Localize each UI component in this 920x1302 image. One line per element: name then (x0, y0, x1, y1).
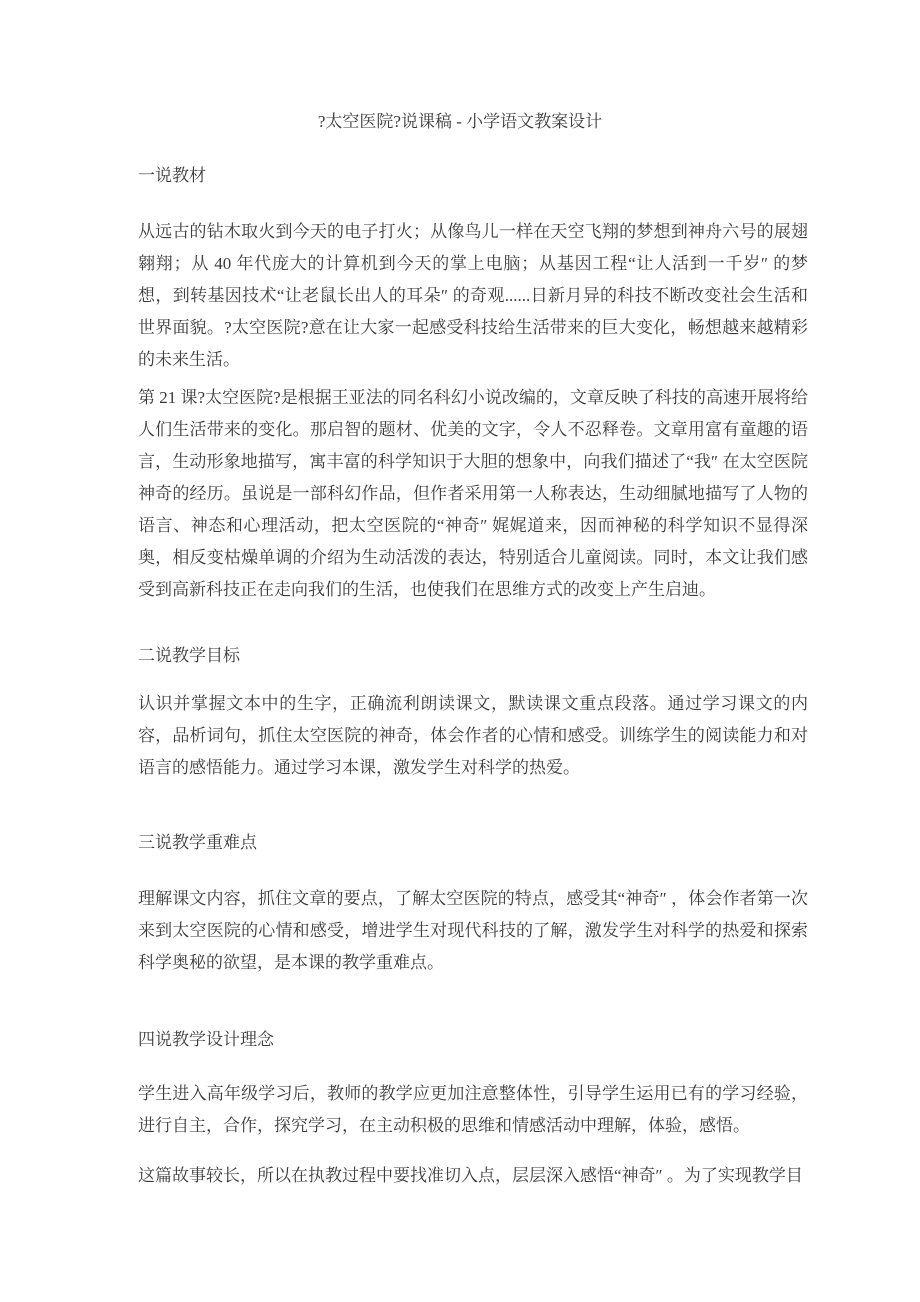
document-page: ?太空医院?说课稿 - 小学语文教案设计 一说教材 从远古的钻木取火到今天的电子… (0, 0, 920, 1302)
section-teaching-goals: 二说教学目标 认识并掌握文本中的生字，正确流利朗读课文，默读课文重点段落。通过学… (138, 640, 808, 784)
section-heading: 一说教材 (138, 160, 808, 192)
paragraph: 从远古的钻木取火到今天的电子打火；从像鸟儿一样在天空飞翔的梦想到神舟六号的展翅翱… (138, 216, 808, 376)
document-title: ?太空医院?说课稿 - 小学语文教案设计 (0, 0, 920, 138)
paragraph: 理解课文内容，抓住文章的要点，了解太空医院的特点，感受其“神奇″ ，体会作者第一… (138, 883, 808, 979)
section-key-difficult-points: 三说教学重难点 理解课文内容，抓住文章的要点，了解太空医院的特点，感受其“神奇″… (138, 827, 808, 979)
paragraph: 认识并掌握文本中的生字，正确流利朗读课文，默读课文重点段落。通过学习课文的内容，… (138, 688, 808, 784)
paragraph: 学生进入高年级学习后，教师的教学应更加注意整体性，引导学生运用已有的学习经验，进… (138, 1078, 808, 1142)
section-heading: 四说教学设计理念 (138, 1024, 808, 1056)
section-heading: 二说教学目标 (138, 640, 808, 672)
section-teaching-material: 一说教材 从远古的钻木取火到今天的电子打火；从像鸟儿一样在天空飞翔的梦想到神舟六… (138, 160, 808, 606)
document-body: 一说教材 从远古的钻木取火到今天的电子打火；从像鸟儿一样在天空飞翔的梦想到神舟六… (0, 160, 920, 1302)
paragraph: 第 21 课?太空医院?是根据王亚法的同名科幻小说改编的，文章反映了科技的高速开… (138, 382, 808, 606)
section-design-philosophy: 四说教学设计理念 学生进入高年级学习后，教师的教学应更加注意整体性，引导学生运用… (138, 1024, 808, 1192)
section-heading: 三说教学重难点 (138, 827, 808, 859)
paragraph: 这篇故事较长，所以在执教过程中要找准切入点，层层深入感悟“神奇″ 。为了实现教学… (138, 1160, 808, 1192)
